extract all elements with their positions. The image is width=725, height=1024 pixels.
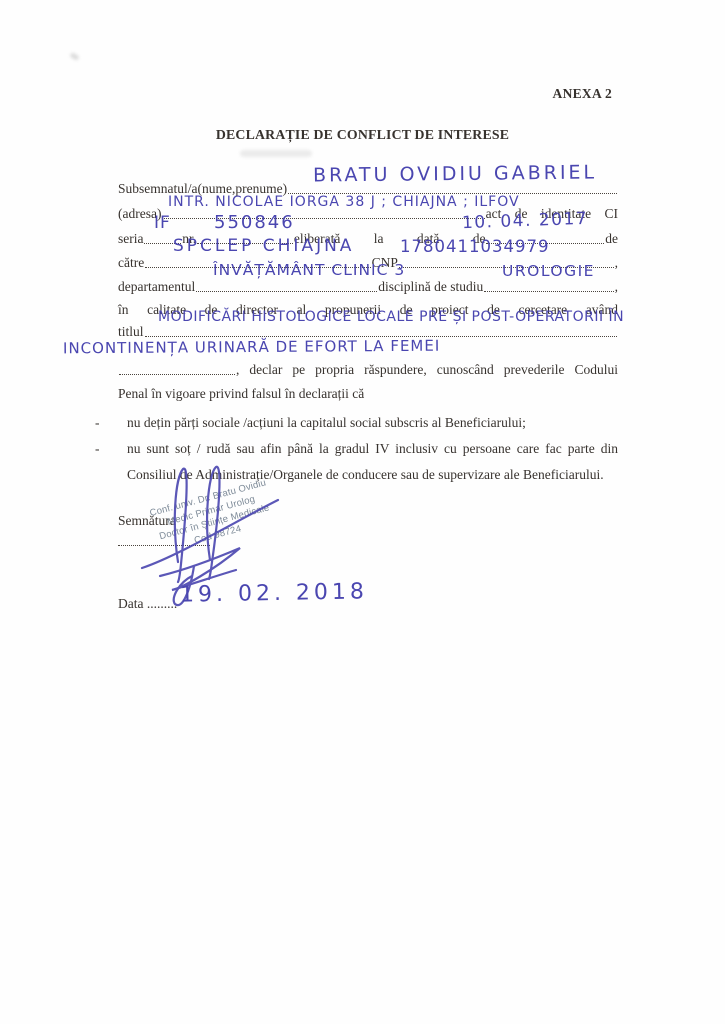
department-handwritten-value: ÎNVĂȚĂMÂNT CLINIC 3 xyxy=(213,263,405,279)
row-department: departamentul disciplină de studiu , ÎNV… xyxy=(118,278,618,295)
scan-artifact xyxy=(240,150,312,157)
scan-artifact xyxy=(69,52,79,61)
bullet-dash: - xyxy=(95,440,127,457)
title-label: titlul xyxy=(118,323,144,340)
cnp-handwritten-value: 1780411034979 xyxy=(400,239,549,256)
handwritten-signature xyxy=(130,462,310,617)
address-handwritten-value: INTR. NICOLAE IORGA 38 J ; CHIAJNA ; ILF… xyxy=(168,195,520,209)
dotted-leader xyxy=(119,372,235,375)
series-handwritten-value: IF xyxy=(154,215,171,232)
discipline-label: disciplină de studiu xyxy=(378,278,483,295)
bullet-item-1: - nu dețin părți sociale /acțiuni la cap… xyxy=(95,414,618,431)
project-title-handwritten-line2: INCONTINENȚA URINARĂ DE EFORT LA FEMEI xyxy=(63,339,440,357)
penal-code-line: Penal în vigoare privind falsul în decla… xyxy=(118,385,618,402)
issue-date-handwritten-value: 10. 04. 2017 xyxy=(462,211,589,232)
by-label: de xyxy=(605,230,618,247)
bullet-item-2: - nu sunt soț / rudă sau afin până la gr… xyxy=(95,440,618,457)
annex-label: ANEXA 2 xyxy=(0,86,612,102)
dotted-leader xyxy=(162,216,484,219)
issuer-label: către xyxy=(118,254,144,271)
series-label: seria xyxy=(118,230,143,247)
comma: , xyxy=(615,254,618,271)
comma: , xyxy=(615,278,618,295)
page-title: DECLARAȚIE DE CONFLICT DE INTERESE xyxy=(0,127,725,143)
scanned-declaration-page: ANEXA 2 DECLARAȚIE DE CONFLICT DE INTERE… xyxy=(0,0,725,1024)
discipline-handwritten-value: UROLOGIE xyxy=(502,264,595,280)
project-title-handwritten-line1: MODIFICĂRI HISTOLOGICE LOCALE PRE ȘI POS… xyxy=(158,310,624,324)
dotted-leader xyxy=(196,289,377,292)
dotted-leader xyxy=(484,289,613,292)
declaration-text: , declar pe propria răspundere, cunoscân… xyxy=(236,361,618,378)
bullet-1-text: nu dețin părți sociale /acțiuni la capit… xyxy=(127,414,618,431)
bullet-2-text-line1: nu sunt soț / rudă sau afin până la grad… xyxy=(127,440,618,457)
department-label: departamentul xyxy=(118,278,195,295)
number-handwritten-value: 550846 xyxy=(214,214,295,232)
bullet-dash: - xyxy=(95,414,127,431)
row-declaration: , declar pe propria răspundere, cunoscân… xyxy=(118,361,618,378)
name-handwritten-value: BRATU OVIDIU GABRIEL xyxy=(313,164,597,186)
issuer-handwritten-value: SPCLEP CHIAJNA xyxy=(173,238,354,255)
